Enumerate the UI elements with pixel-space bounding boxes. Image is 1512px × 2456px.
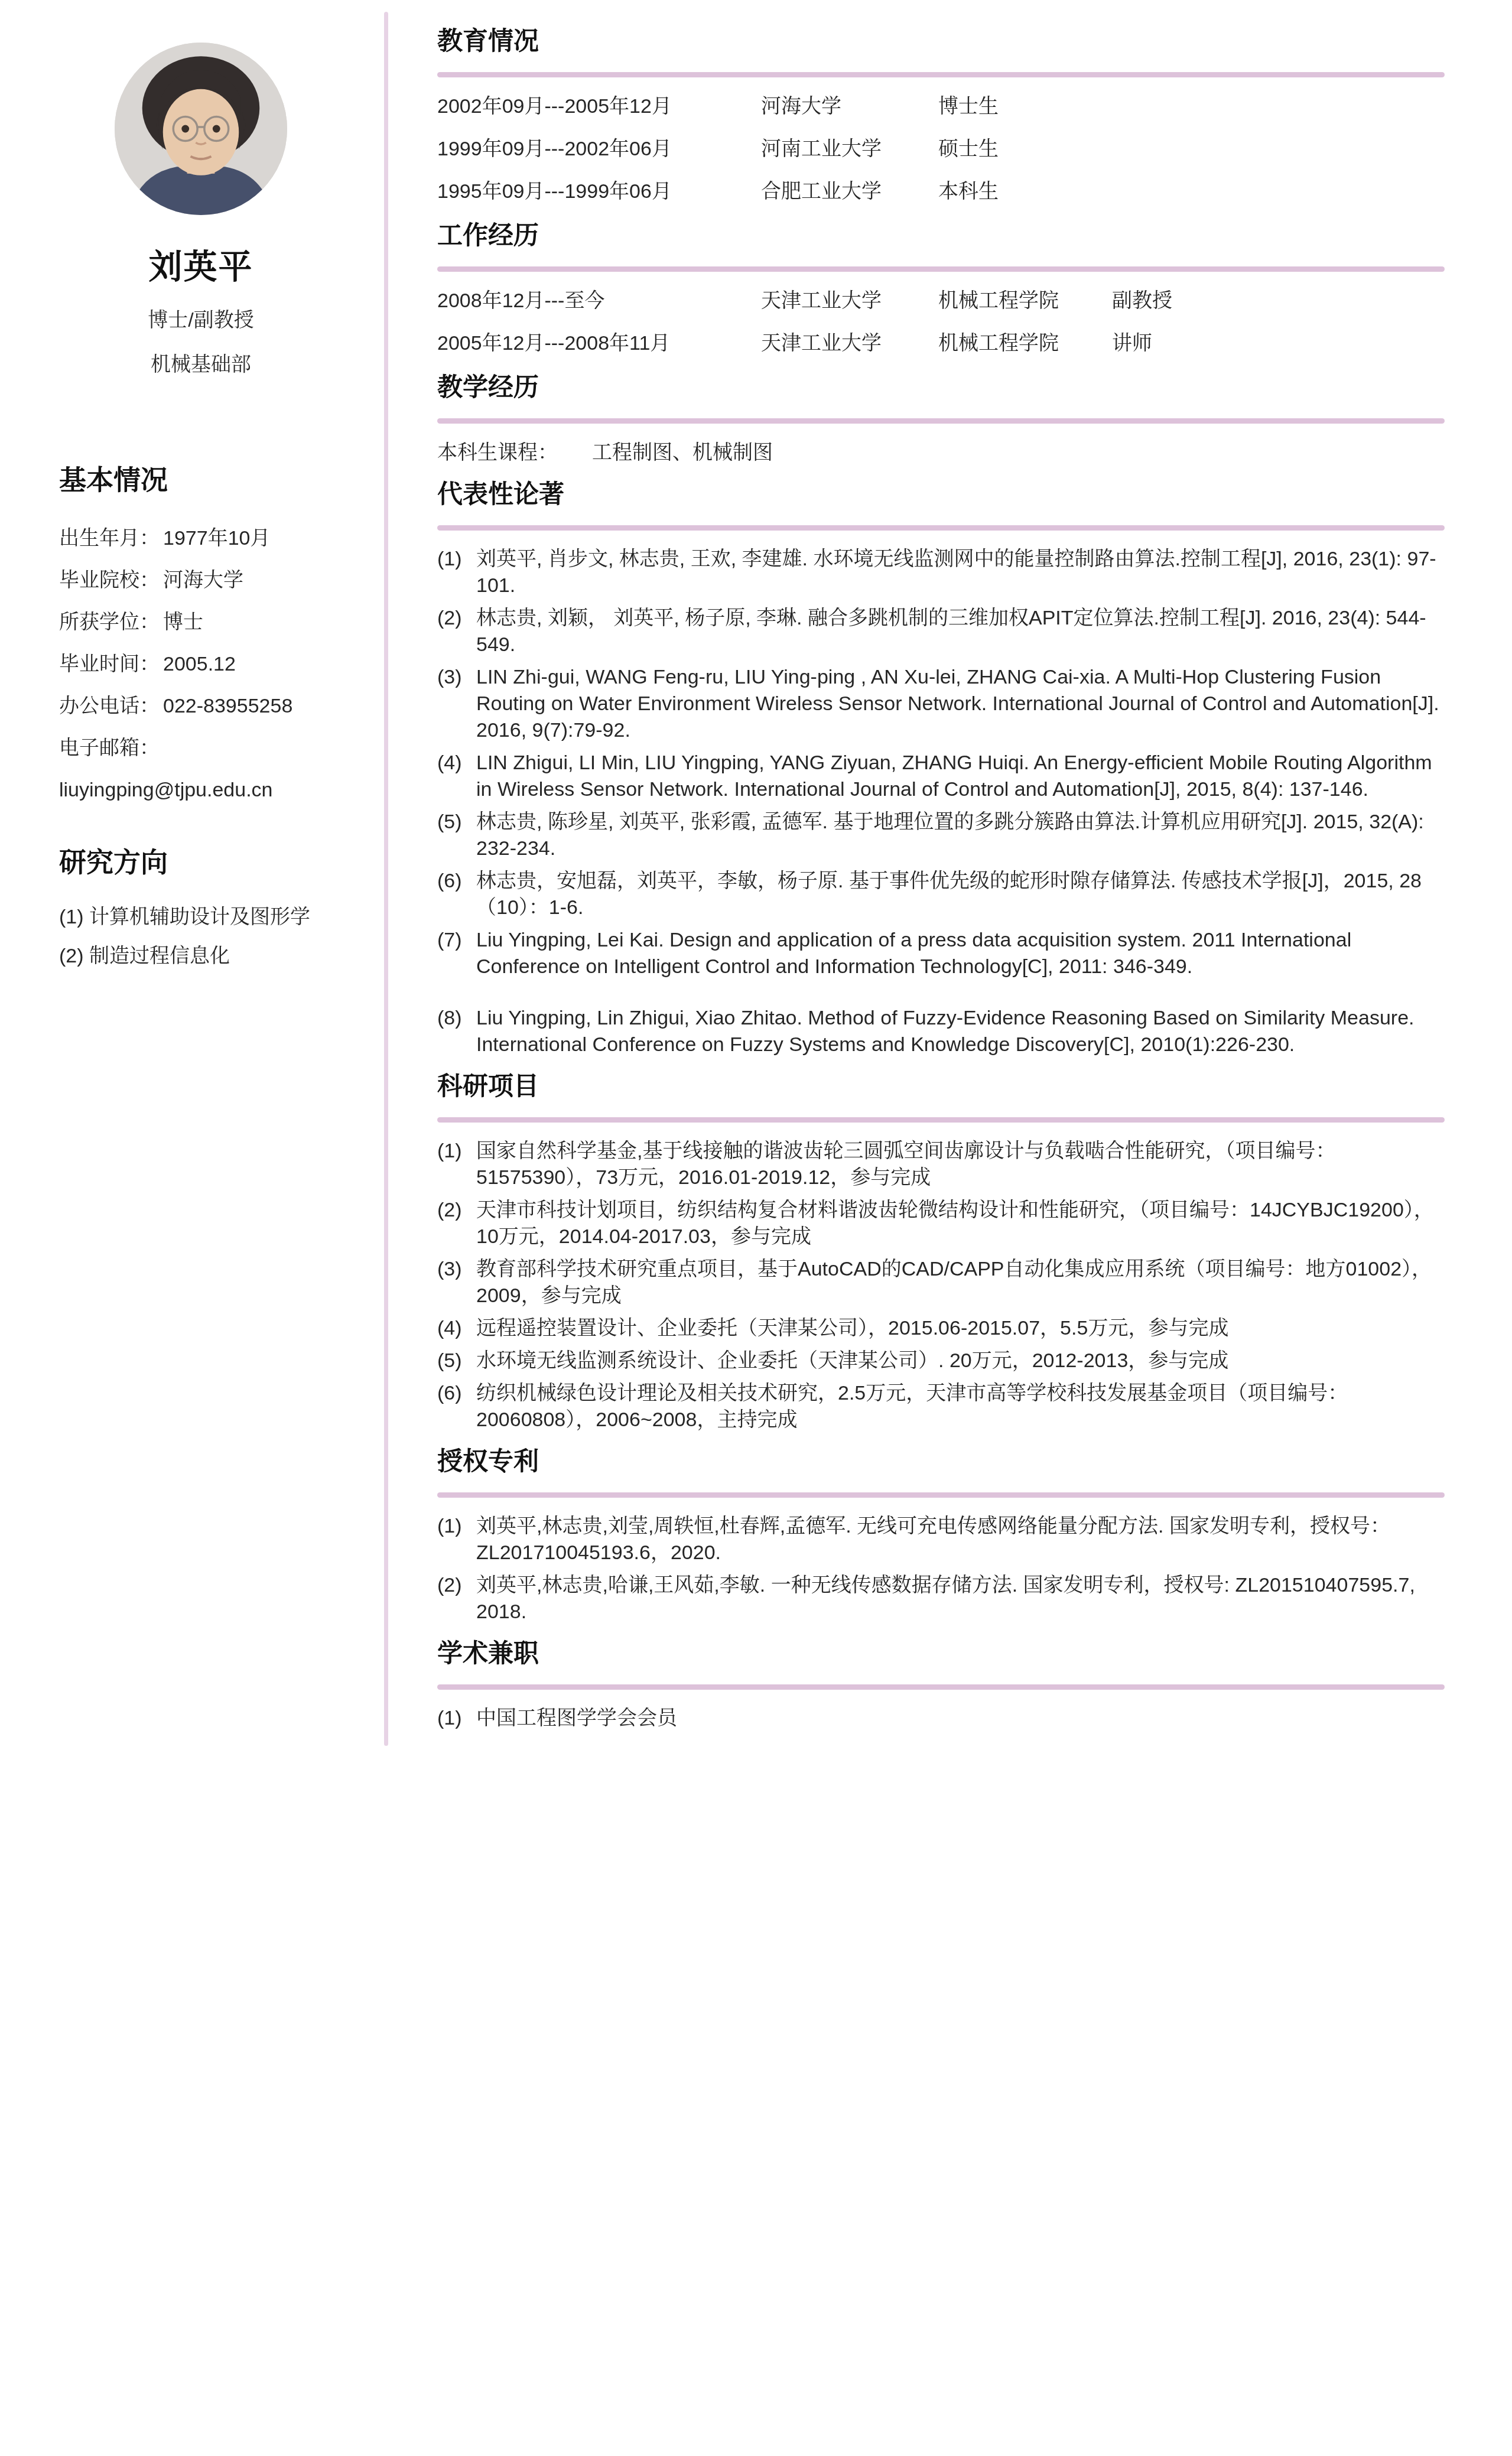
info-email-value: liuyingping@tjpu.edu.cn (59, 769, 343, 811)
profile-title: 博士/副教授 (59, 304, 343, 333)
item-number: (1) (437, 1513, 476, 1566)
item-number: (8) (437, 1005, 476, 1058)
section-underline (437, 72, 1445, 77)
section-heading: 授权专利 (437, 1446, 1445, 1477)
section-underline (437, 418, 1445, 424)
section-underline (437, 525, 1445, 531)
profile-department: 机械基础部 (59, 348, 343, 377)
work-title: 副教授 (1112, 287, 1445, 314)
section-memberships: 学术兼职 (1) 中国工程图学学会会员 (437, 1638, 1445, 1732)
publication-item: (4) LIN Zhigui, LI Min, LIU Yingping, YA… (437, 750, 1445, 803)
info-phone: 办公电话：022-83955258 (59, 685, 343, 727)
item-text: Liu Yingping, Lin Zhigui, Xiao Zhitao. M… (476, 1005, 1445, 1058)
work-dept: 机械工程学院 (938, 330, 1112, 357)
item-text: 天津市科技计划项目，纺织结构复合材料谐波齿轮微结构设计和性能研究，（项目编号：1… (476, 1197, 1445, 1250)
work-dept: 机械工程学院 (938, 287, 1112, 314)
work-row: 2005年12月---2008年11月 天津工业大学 机械工程学院 讲师 (437, 330, 1445, 357)
education-row: 1995年09月---1999年06月 合肥工业大学 本科生 (437, 178, 1445, 205)
section-projects: 科研项目 (1) 国家自然科学基金,基于线接触的谐波齿轮三圆弧空间齿廓设计与负载… (437, 1071, 1445, 1433)
publication-item: (6) 林志贵，安旭磊，刘英平，李敏，杨子原. 基于事件优先级的蛇形时隙存储算法… (437, 868, 1445, 921)
info-degree: 所获学位：博士 (59, 601, 343, 643)
publication-item: (1) 刘英平, 肖步文, 林志贵, 王欢, 李建雄. 水环境无线监测网中的能量… (437, 546, 1445, 599)
edu-degree: 博士生 (938, 93, 1112, 120)
edu-degree: 本科生 (938, 178, 1112, 205)
item-text: 刘英平,林志贵,哈谦,王风茹,李敏. 一种无线传感数据存储方法. 国家发明专利，… (476, 1572, 1445, 1625)
item-number: (4) (437, 750, 476, 803)
item-number: (1) (437, 546, 476, 599)
publication-item: (2) 林志贵, 刘颖， 刘英平, 杨子原, 李琳. 融合多跳机制的三维加权AP… (437, 605, 1445, 658)
item-number: (2) (437, 605, 476, 658)
edu-period: 2002年09月---2005年12月 (437, 93, 761, 120)
section-heading: 教学经历 (437, 372, 1445, 403)
research-directions-heading: 研究方向 (59, 841, 343, 880)
faculty-profile-page: 刘英平 博士/副教授 机械基础部 基本情况 出生年月：1977年10月 毕业院校… (0, 0, 1512, 2456)
section-heading: 代表性论著 (437, 479, 1445, 510)
section-underline (437, 1684, 1445, 1690)
item-text: 林志贵, 陈珍星, 刘英平, 张彩霞, 孟德军. 基于地理位置的多跳分簇路由算法… (476, 809, 1445, 862)
info-value: 博士 (163, 611, 203, 633)
item-text: 刘英平,林志贵,刘莹,周轶恒,杜春辉,孟德军. 无线可充电传感网络能量分配方法.… (476, 1513, 1445, 1566)
membership-item: (1) 中国工程图学学会会员 (437, 1705, 1445, 1732)
project-item: (6) 纺织机械绿色设计理论及相关技术研究，2.5万元，天津市高等学校科技发展基… (437, 1380, 1445, 1433)
edu-school: 河海大学 (761, 93, 938, 120)
research-direction-item: (1) 计算机辅助设计及图形学 (59, 897, 343, 936)
item-text: 国家自然科学基金,基于线接触的谐波齿轮三圆弧空间齿廓设计与负载啮合性能研究，（项… (476, 1138, 1445, 1191)
item-number: (1) (437, 1138, 476, 1191)
work-title: 讲师 (1112, 330, 1445, 357)
sidebar: 刘英平 博士/副教授 机械基础部 基本情况 出生年月：1977年10月 毕业院校… (59, 0, 343, 975)
work-period: 2008年12月---至今 (437, 287, 761, 314)
section-work: 工作经历 2008年12月---至今 天津工业大学 机械工程学院 副教授 200… (437, 220, 1445, 357)
info-graduation: 毕业时间：2005.12 (59, 643, 343, 685)
item-number: (2) (437, 1572, 476, 1625)
item-text: 林志贵, 刘颖， 刘英平, 杨子原, 李琳. 融合多跳机制的三维加权APIT定位… (476, 605, 1445, 658)
item-number: (6) (437, 1380, 476, 1433)
item-number: (5) (437, 809, 476, 862)
portrait-photo-graphic (115, 43, 287, 215)
research-directions-list: (1) 计算机辅助设计及图形学 (2) 制造过程信息化 (59, 897, 343, 975)
item-text: 中国工程图学学会会员 (476, 1705, 1445, 1732)
item-text: 林志贵，安旭磊，刘英平，李敏，杨子原. 基于事件优先级的蛇形时隙存储算法. 传感… (476, 868, 1445, 921)
info-label: 办公电话： (59, 695, 160, 717)
edu-degree: 硕士生 (938, 135, 1112, 162)
item-text: 水环境无线监测系统设计、企业委托（天津某公司）. 20万元，2012-2013，… (476, 1348, 1445, 1374)
research-direction-item: (2) 制造过程信息化 (59, 936, 343, 975)
work-row: 2008年12月---至今 天津工业大学 机械工程学院 副教授 (437, 287, 1445, 314)
info-label: 毕业时间： (59, 653, 160, 675)
item-text: 远程遥控装置设计、企业委托（天津某公司），2015.06-2015.07，5.5… (476, 1315, 1445, 1342)
patent-item: (2) 刘英平,林志贵,哈谦,王风茹,李敏. 一种无线传感数据存储方法. 国家发… (437, 1572, 1445, 1625)
info-label: 所获学位： (59, 611, 160, 633)
edu-school: 河南工业大学 (761, 135, 938, 162)
item-text: LIN Zhigui, LI Min, LIU Yingping, YANG Z… (476, 750, 1445, 803)
project-item: (4) 远程遥控装置设计、企业委托（天津某公司），2015.06-2015.07… (437, 1315, 1445, 1342)
item-number: (2) (437, 1197, 476, 1250)
item-number: (7) (437, 927, 476, 980)
publication-item: (3) LIN Zhi-gui, WANG Feng-ru, LIU Ying-… (437, 664, 1445, 744)
info-email-label: 电子邮箱： (59, 727, 343, 769)
publication-item: (7) Liu Yingping, Lei Kai. Design and ap… (437, 927, 1445, 980)
teaching-courses-line: 本科生课程： 工程制图、机械制图 (437, 439, 1445, 466)
info-label: 毕业院校： (59, 569, 160, 591)
info-school: 毕业院校：河海大学 (59, 559, 343, 601)
project-item: (5) 水环境无线监测系统设计、企业委托（天津某公司）. 20万元，2012-2… (437, 1348, 1445, 1374)
item-text: Liu Yingping, Lei Kai. Design and applic… (476, 927, 1445, 980)
info-value: 2005.12 (163, 653, 236, 675)
item-text: 纺织机械绿色设计理论及相关技术研究，2.5万元，天津市高等学校科技发展基金项目（… (476, 1380, 1445, 1433)
basic-info-heading: 基本情况 (59, 458, 343, 497)
section-underline (437, 266, 1445, 272)
section-heading: 科研项目 (437, 1071, 1445, 1102)
item-text: LIN Zhi-gui, WANG Feng-ru, LIU Ying-ping… (476, 664, 1445, 744)
teaching-courses-label: 本科生课程： (437, 439, 558, 466)
work-org: 天津工业大学 (761, 287, 938, 314)
item-number: (3) (437, 664, 476, 744)
info-value: 022-83955258 (163, 695, 292, 717)
teaching-courses-value: 工程制图、机械制图 (592, 439, 773, 466)
profile-name: 刘英平 (59, 240, 343, 288)
publication-item: (8) Liu Yingping, Lin Zhigui, Xiao Zhita… (437, 1005, 1445, 1058)
item-number: (6) (437, 868, 476, 921)
edu-period: 1999年09月---2002年06月 (437, 135, 761, 162)
patent-item: (1) 刘英平,林志贵,刘莹,周轶恒,杜春辉,孟德军. 无线可充电传感网络能量分… (437, 1513, 1445, 1566)
item-text: 教育部科学技术研究重点项目，基于AutoCAD的CAD/CAPP自动化集成应用系… (476, 1256, 1445, 1309)
section-heading: 学术兼职 (437, 1638, 1445, 1669)
main-content: 教育情况 2002年09月---2005年12月 河海大学 博士生 1999年0… (437, 0, 1445, 1745)
project-item: (1) 国家自然科学基金,基于线接触的谐波齿轮三圆弧空间齿廓设计与负载啮合性能研… (437, 1138, 1445, 1191)
info-value: 河海大学 (163, 569, 243, 591)
info-label: 出生年月： (59, 527, 160, 549)
item-number: (1) (437, 1705, 476, 1732)
info-birth: 出生年月：1977年10月 (59, 518, 343, 559)
education-row: 2002年09月---2005年12月 河海大学 博士生 (437, 93, 1445, 120)
item-number: (4) (437, 1315, 476, 1342)
basic-info-list: 出生年月：1977年10月 毕业院校：河海大学 所获学位：博士 毕业时间：200… (59, 518, 343, 811)
edu-school: 合肥工业大学 (761, 178, 938, 205)
item-number: (5) (437, 1348, 476, 1374)
section-patents: 授权专利 (1) 刘英平,林志贵,刘莹,周轶恒,杜春辉,孟德军. 无线可充电传感… (437, 1446, 1445, 1625)
section-underline (437, 1492, 1445, 1498)
sidebar-divider (384, 12, 388, 1746)
section-underline (437, 1117, 1445, 1123)
edu-period: 1995年09月---1999年06月 (437, 178, 761, 205)
work-period: 2005年12月---2008年11月 (437, 330, 761, 357)
section-heading: 工作经历 (437, 220, 1445, 251)
item-text: 刘英平, 肖步文, 林志贵, 王欢, 李建雄. 水环境无线监测网中的能量控制路由… (476, 546, 1445, 599)
education-row: 1999年09月---2002年06月 河南工业大学 硕士生 (437, 135, 1445, 162)
section-education: 教育情况 2002年09月---2005年12月 河海大学 博士生 1999年0… (437, 26, 1445, 205)
item-number: (3) (437, 1256, 476, 1309)
project-item: (2) 天津市科技计划项目，纺织结构复合材料谐波齿轮微结构设计和性能研究，（项目… (437, 1197, 1445, 1250)
work-org: 天津工业大学 (761, 330, 938, 357)
publication-item: (5) 林志贵, 陈珍星, 刘英平, 张彩霞, 孟德军. 基于地理位置的多跳分簇… (437, 809, 1445, 862)
section-teaching: 教学经历 本科生课程： 工程制图、机械制图 (437, 372, 1445, 466)
section-publications: 代表性论著 (1) 刘英平, 肖步文, 林志贵, 王欢, 李建雄. 水环境无线监… (437, 479, 1445, 1058)
project-item: (3) 教育部科学技术研究重点项目，基于AutoCAD的CAD/CAPP自动化集… (437, 1256, 1445, 1309)
profile-photo (115, 43, 287, 215)
info-value: 1977年10月 (163, 527, 270, 549)
section-heading: 教育情况 (437, 26, 1445, 57)
